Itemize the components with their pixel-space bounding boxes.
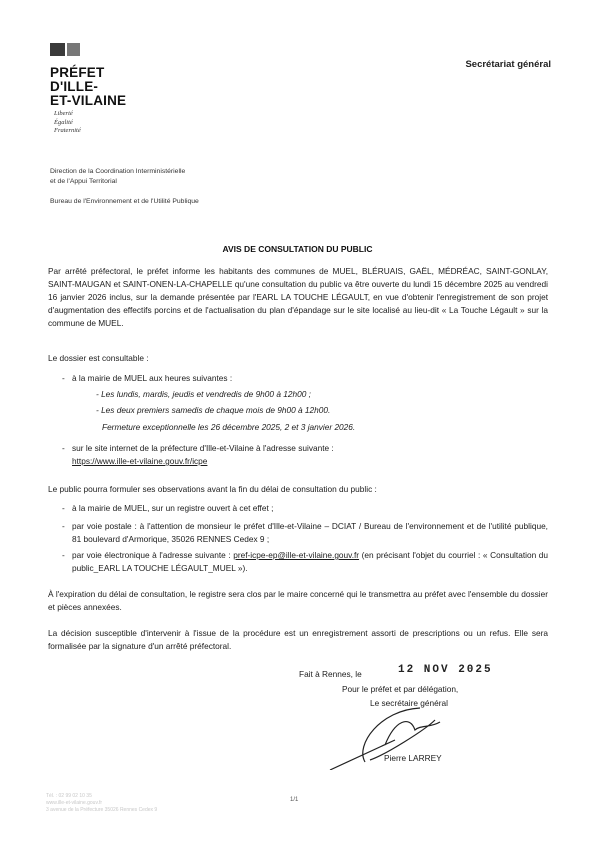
dossier-mairie: à la mairie de MUEL aux heures suivantes… — [72, 372, 232, 385]
direction-label: Direction de la Coordination Interminist… — [50, 167, 185, 187]
bullet-dash: - — [62, 549, 65, 562]
motto-line: Liberté — [54, 110, 81, 119]
electronique-prefix: par voie électronique à l'adresse suivan… — [72, 550, 233, 560]
decision-paragraph: La décision susceptible d'intervenir à l… — [48, 627, 548, 653]
logo-line: PRÉFET — [50, 66, 126, 80]
email-link[interactable]: pref-icpe-ep@ille-et-vilaine.gouv.fr — [233, 550, 359, 560]
logo-line: D'ILLE- — [50, 80, 126, 94]
footer-website: www.ille-et-vilaine.gouv.fr — [46, 800, 157, 807]
motto-line: Égalité — [54, 119, 81, 128]
republic-motto: Liberté Égalité Fraternité — [54, 110, 81, 136]
observation-registre: à la mairie de MUEL, sur un registre ouv… — [72, 502, 273, 515]
footer-phone: Tél. : 02 99 02 10 35 — [46, 793, 157, 800]
marianne-logo-icon — [50, 43, 80, 56]
hours-weekdays: - Les lundis, mardis, jeudis et vendredi… — [96, 388, 311, 401]
signature-delegation: Pour le préfet et par délégation, — [342, 684, 458, 694]
hours-saturdays: - Les deux premiers samedis de chaque mo… — [96, 404, 330, 417]
observation-electronique: par voie électronique à l'adresse suivan… — [72, 549, 548, 575]
bureau-label: Bureau de l'Environnement et de l'Utilit… — [50, 198, 199, 205]
expiration-paragraph: À l'expiration du délai de consultation,… — [48, 588, 548, 614]
intro-paragraph: Par arrêté préfectoral, le préfet inform… — [48, 265, 548, 330]
icpe-url-link[interactable]: https://www.ille-et-vilaine.gouv.fr/icpe — [72, 455, 207, 468]
bullet-dash: - — [62, 502, 65, 515]
observation-postale: par voie postale : à l'attention de mons… — [72, 520, 548, 546]
bullet-dash: - — [62, 520, 65, 533]
observations-heading: Le public pourra formuler ses observatio… — [48, 483, 548, 496]
bullet-dash: - — [62, 372, 65, 385]
motto-line: Fraternité — [54, 127, 81, 136]
signature-place: Fait à Rennes, le — [299, 669, 362, 679]
dossier-website: sur le site internet de la préfecture d'… — [72, 442, 334, 455]
footer-address: 3 avenue de la Préfecture 35026 Rennes C… — [46, 807, 157, 814]
direction-line: et de l'Appui Territorial — [50, 177, 185, 187]
bullet-dash: - — [62, 442, 65, 455]
logo-line: ET-VILAINE — [50, 94, 126, 108]
document-title: AVIS DE CONSULTATION DU PUBLIC — [0, 244, 595, 254]
prefecture-logo-text: PRÉFET D'ILLE- ET-VILAINE — [50, 66, 126, 108]
signatory-name: Pierre LARREY — [384, 753, 442, 763]
closure-notice: Fermeture exceptionnelle les 26 décembre… — [102, 421, 355, 434]
page-number: 1/1 — [290, 797, 298, 803]
direction-line: Direction de la Coordination Interminist… — [50, 167, 185, 177]
secretariat-label: Secrétariat général — [465, 59, 551, 70]
footer-contact: Tél. : 02 99 02 10 35 www.ille-et-vilain… — [46, 793, 157, 814]
dossier-heading: Le dossier est consultable : — [48, 352, 548, 365]
date-stamp: 12 NOV 2025 — [398, 664, 493, 676]
